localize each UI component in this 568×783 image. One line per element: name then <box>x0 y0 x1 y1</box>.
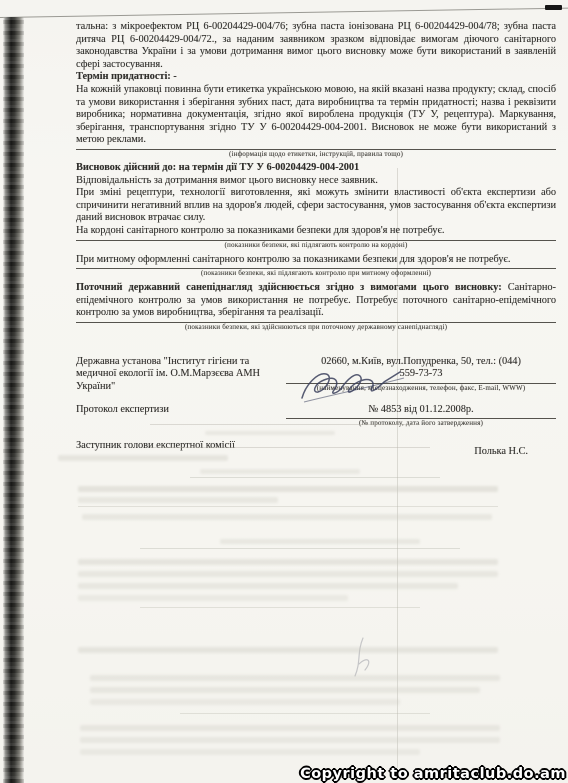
valid-until-line: Висновок дійсний до: на термін дії ТУ У … <box>76 162 556 175</box>
bleed-through-text <box>78 595 348 601</box>
surveillance-paragraph: Поточний державний санепіднагляд здійсню… <box>76 282 556 323</box>
bleed-through-text <box>80 725 500 731</box>
bleed-through-text <box>78 486 498 492</box>
institution-name: Державна установа "Інститут гігієни та м… <box>76 356 286 394</box>
customs-control-line: При митному оформленні санітарного контр… <box>76 254 556 270</box>
bleed-through-text <box>90 675 500 681</box>
bleed-through-text <box>80 749 420 755</box>
bleed-through-text <box>82 514 492 520</box>
bleed-through-rule <box>190 477 440 478</box>
border-control-caption: (показники безпеки, які підлягають контр… <box>76 241 556 250</box>
bleed-through-rule <box>140 548 460 549</box>
bleed-through-text <box>78 571 498 577</box>
bleed-through-text <box>78 559 498 565</box>
bleed-through-text <box>205 431 335 435</box>
bleed-through-rule <box>78 506 498 507</box>
signature-scribble <box>296 360 416 417</box>
bleed-through-text <box>58 455 228 461</box>
surveillance-caption: (показники безпеки, які здійснюються при… <box>76 323 556 332</box>
bleed-through-text <box>90 699 400 705</box>
labeling-caption: (інформація щодо етикетки, інструкцій, п… <box>76 150 556 159</box>
intro-paragraph: тальна: з мікроефектом РЦ 6-00204429-004… <box>76 21 556 71</box>
bleed-through-text <box>80 737 500 743</box>
bleed-through-text <box>90 687 480 693</box>
bleed-through-rule <box>150 424 420 425</box>
copyright-watermark: Copyright to amritaclub.do.am <box>300 766 566 782</box>
bleed-through-rule <box>150 447 430 448</box>
bleed-through-rule <box>180 713 430 714</box>
book-spine-texture <box>3 17 24 783</box>
bleed-through-text <box>200 469 360 474</box>
bleed-through-rule <box>140 607 420 608</box>
customs-control-caption: (показники безпеки, які підлягають контр… <box>76 269 556 278</box>
scan-edge-line <box>0 7 568 18</box>
shelf-life-heading: Термін придатності: - <box>76 71 556 84</box>
deputy-name: Полька Н.С. <box>286 440 556 459</box>
labeling-paragraph: На кожній упаковці повинна бути етикетка… <box>76 84 556 150</box>
bleed-through-text <box>78 583 458 589</box>
border-control-line: На кордоні санітарного контролю за показ… <box>76 225 556 241</box>
protocol-label: Протокол експертизи <box>76 404 286 417</box>
surveillance-lead: Поточний державний санепіднагляд здійсню… <box>76 282 502 293</box>
scan-corner-mark <box>545 5 562 10</box>
bleed-through-text <box>220 539 420 544</box>
change-clause-paragraph: При зміні рецептури, технології виготовл… <box>76 187 556 225</box>
bleed-through-text <box>78 497 278 503</box>
spacer <box>76 332 556 356</box>
bleed-through-text <box>78 647 498 653</box>
responsibility-line: Відповідальність за дотримання вимог цьо… <box>76 175 556 188</box>
scanned-document-page: тальна: з мікроефектом РЦ 6-00204429-004… <box>0 0 568 783</box>
